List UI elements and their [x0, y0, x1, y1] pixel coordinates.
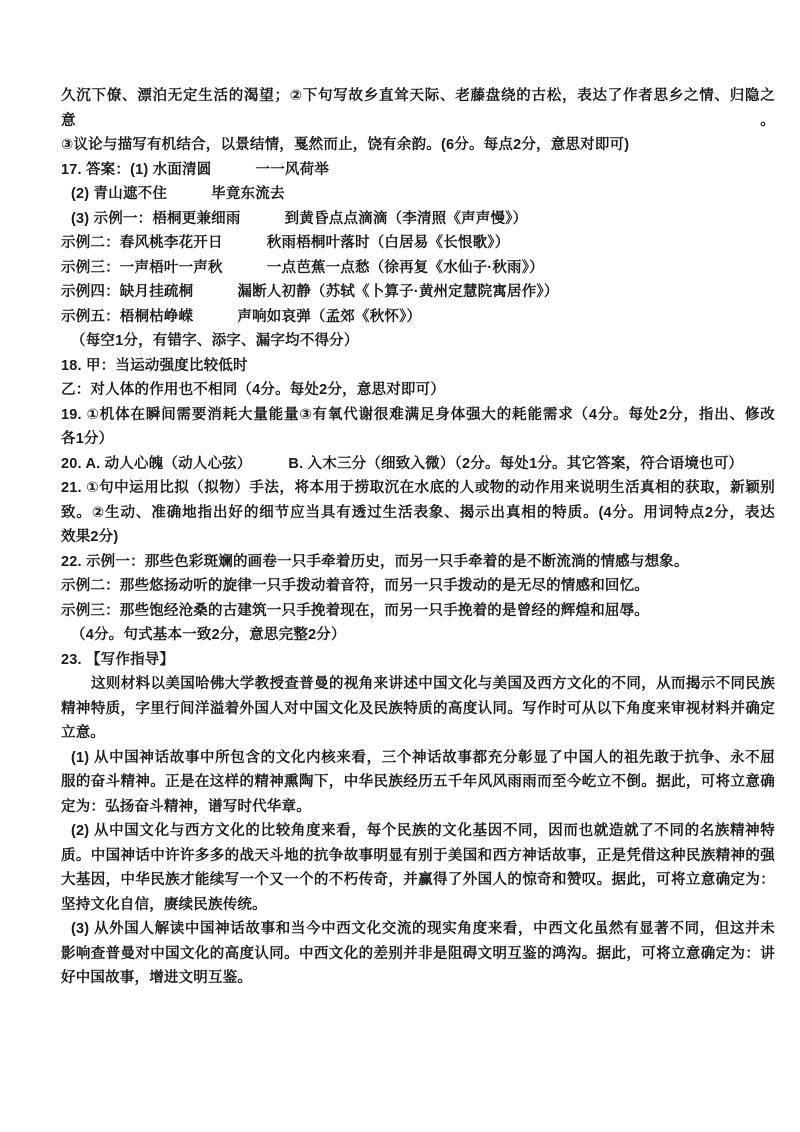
q22-example-2: 示例二：那些悠扬动听的旋律一只手拨动着音符，而另一只手拨动的是无尽的情感和回忆。	[61, 574, 775, 599]
q23-angle-1-line-3: 定为：弘扬奋斗精神，谱写时代华章。	[61, 795, 775, 820]
q17-scoring-note: （每空1分，有错字、添字、漏字均不得分）	[61, 329, 775, 354]
answer-key-page: 久沉下僚、漂泊无定生活的渴望；②下句写故乡直耸天际、老藤盘绕的古松，表达了作者思…	[0, 0, 800, 1132]
q22-scoring-note: （4分。句式基本一致2分，意思完整2分）	[61, 623, 775, 648]
q17-answer-item-2: (2) 青山遮不住 毕竟东流去	[61, 182, 775, 207]
q17-answer-item-3-example-4: 示例四：缺月挂疏桐 漏断人初静（苏轼《卜算子·黄州定慧院寓居作》）	[61, 280, 775, 305]
q23-angle-2-line-3: 大基因，中华民族才能续写一个又一个的不朽传奇，并赢得了外国人的惊奇和赞叹。据此，…	[61, 868, 775, 893]
q21-answer-line-2: 致。②生动、准确地指出好的细节应当具有透过生活表象、揭示出真相的特质。(4分。用…	[61, 501, 775, 526]
q23-intro-line-3: 立意。	[61, 721, 775, 746]
q17-answer-item-3-example-5: 示例五：梧桐枯峥嵘 声响如哀弹（孟郊《秋怀》）	[61, 305, 775, 330]
q23-intro-line-1: 这则材料以美国哈佛大学教授查普曼的视角来讲述中国文化与美国及西方文化的不同，从而…	[61, 672, 775, 697]
q16-continuation-line-2: ③议论与描写有机结合，以景结情，戛然而止，饶有余韵。(6分。每点2分，意思对即可…	[61, 133, 775, 158]
q17-answer-item-3-example-2: 示例二：春风桃李花开日 秋雨梧桐叶落时（白居易《长恨歌》）	[61, 231, 775, 256]
q20-answer: 20. A. 动人心魄（动人心弦） B. 入木三分（细致入微）（2分。每处1分。…	[61, 452, 775, 477]
q19-answer-line-1: 19. ①机体在瞬间需要消耗大量能量③有氧代谢很难满足身体强大的耗能需求（4分。…	[61, 403, 775, 428]
q23-angle-3-line-2: 影响查普曼对中国文化的高度认同。中西文化的差别并非是阻碍文明互鉴的鸿沟。据此，可…	[61, 942, 775, 967]
q23-angle-1-line-1: (1) 从中国神话故事中所包含的文化内核来看，三个神话故事都充分彰显了中国人的祖…	[61, 746, 775, 771]
q21-answer-line-1: 21. ①句中运用比拟（拟物）手法，将本用于捞取沉在水底的人或物的动作用来说明生…	[61, 476, 775, 501]
q23-writing-guide-heading: 23. 【写作指导】	[61, 648, 775, 673]
q22-example-3: 示例三：那些饱经沧桑的古建筑一只手挽着现在，而另一只手挽着的是曾经的辉煌和屈辱。	[61, 599, 775, 624]
answer-key-text-block: 久沉下僚、漂泊无定生活的渴望；②下句写故乡直耸天际、老藤盘绕的古松，表达了作者思…	[61, 84, 775, 991]
q17-answer-item-3-example-1: (3) 示例一：梧桐更兼细雨 到黄昏点点滴滴（李清照《声声慢》）	[61, 207, 775, 232]
q23-intro-line-2: 精神特质，字里行间洋溢着外国人对中国文化及民族特质的高度认同。写作时可从以下角度…	[61, 697, 775, 722]
q19-answer-line-2: 各1分）	[61, 427, 775, 452]
q17-answer-item-3-example-3: 示例三：一声梧叶一声秋 一点芭蕉一点愁（徐再复《水仙子·秋雨》）	[61, 256, 775, 281]
q23-angle-3-line-1: (3) 从外国人解读中国神话故事和当今中西文化交流的现实角度来看，中西文化虽然有…	[61, 917, 775, 942]
q16-continuation-line-1: 久沉下僚、漂泊无定生活的渴望；②下句写故乡直耸天际、老藤盘绕的古松，表达了作者思…	[61, 84, 775, 133]
q23-angle-2-line-4: 坚持文化自信，赓续民族传统。	[61, 893, 775, 918]
q22-example-1: 22. 示例一：那些色彩斑斓的画卷一只手牵着历史，而另一只手牵着的是不断流淌的情…	[61, 550, 775, 575]
q23-angle-2-line-2: 质。中国神话中许许多多的战天斗地的抗争故事明显有别于美国和西方神话故事，正是凭借…	[61, 844, 775, 869]
q23-angle-3-line-3: 好中国故事，增进文明互鉴。	[61, 966, 775, 991]
q21-answer-line-3: 效果2分)	[61, 525, 775, 550]
q18-answer-yi: 乙：对人体的作用也不相同（4分。每处2分，意思对即可）	[61, 378, 775, 403]
q23-angle-2-line-1: (2) 从中国文化与西方文化的比较角度来看，每个民族的文化基因不同，因而也就造就…	[61, 819, 775, 844]
q17-answer-item-1: 17. 答案：(1) 水面清圆 一一风荷举	[61, 158, 775, 183]
q18-answer-jia: 18. 甲：当运动强度比较低时	[61, 354, 775, 379]
q23-angle-1-line-2: 服的奋斗精神。正是在这样的精神熏陶下，中华民族经历五千年风风雨雨而至今屹立不倒。…	[61, 770, 775, 795]
